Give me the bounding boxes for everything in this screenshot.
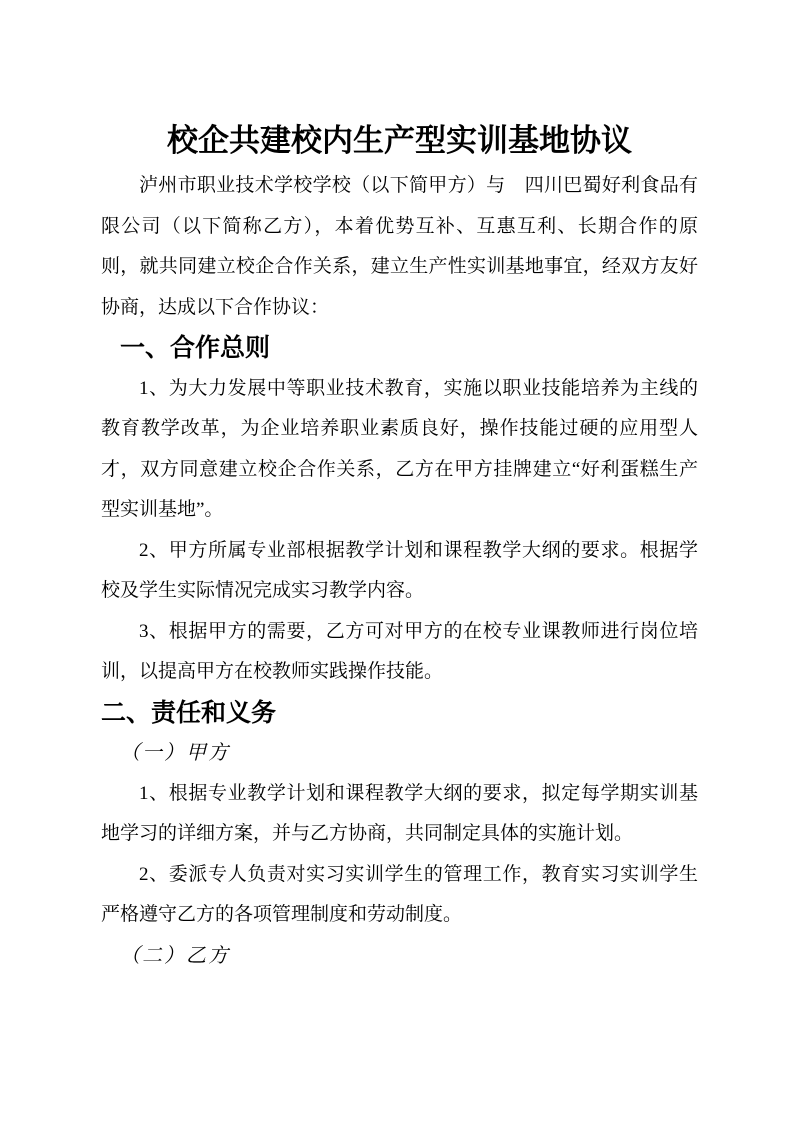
section-1-paragraph-2: 2、甲方所属专业部根据教学计划和课程教学大纲的要求。根据学校及学生实际情况完成实… bbox=[101, 531, 698, 612]
document-page: 校企共建校内生产型实训基地协议 泸州市职业技术学校学校（以下简甲方）与 四川巴蜀… bbox=[0, 0, 793, 1122]
section-1-heading: 一、合作总则 bbox=[101, 328, 698, 369]
subsection-party-b-heading: （二）乙方 bbox=[101, 936, 698, 977]
party-a-paragraph-1: 1、根据专业教学计划和课程教学大纲的要求，拟定每学期实训基地学习的详细方案，并与… bbox=[101, 774, 698, 855]
section-1-paragraph-3: 3、根据甲方的需要，乙方可对甲方的在校专业课教师进行岗位培训，以提高甲方在校教师… bbox=[101, 612, 698, 693]
section-1-paragraph-1: 1、为大力发展中等职业技术教育，实施以职业技能培养为主线的教育教学改革，为企业培… bbox=[101, 369, 698, 531]
section-2-heading: 二、责任和义务 bbox=[101, 693, 698, 734]
intro-paragraph: 泸州市职业技术学校学校（以下简甲方）与 四川巴蜀好利食品有限公司（以下简称乙方）… bbox=[101, 166, 698, 328]
subsection-party-a-heading: （一）甲方 bbox=[101, 733, 698, 774]
document-title: 校企共建校内生产型实训基地协议 bbox=[101, 120, 698, 161]
party-a-paragraph-2: 2、委派专人负责对实习实训学生的管理工作，教育实习实训学生严格遵守乙方的各项管理… bbox=[101, 855, 698, 936]
